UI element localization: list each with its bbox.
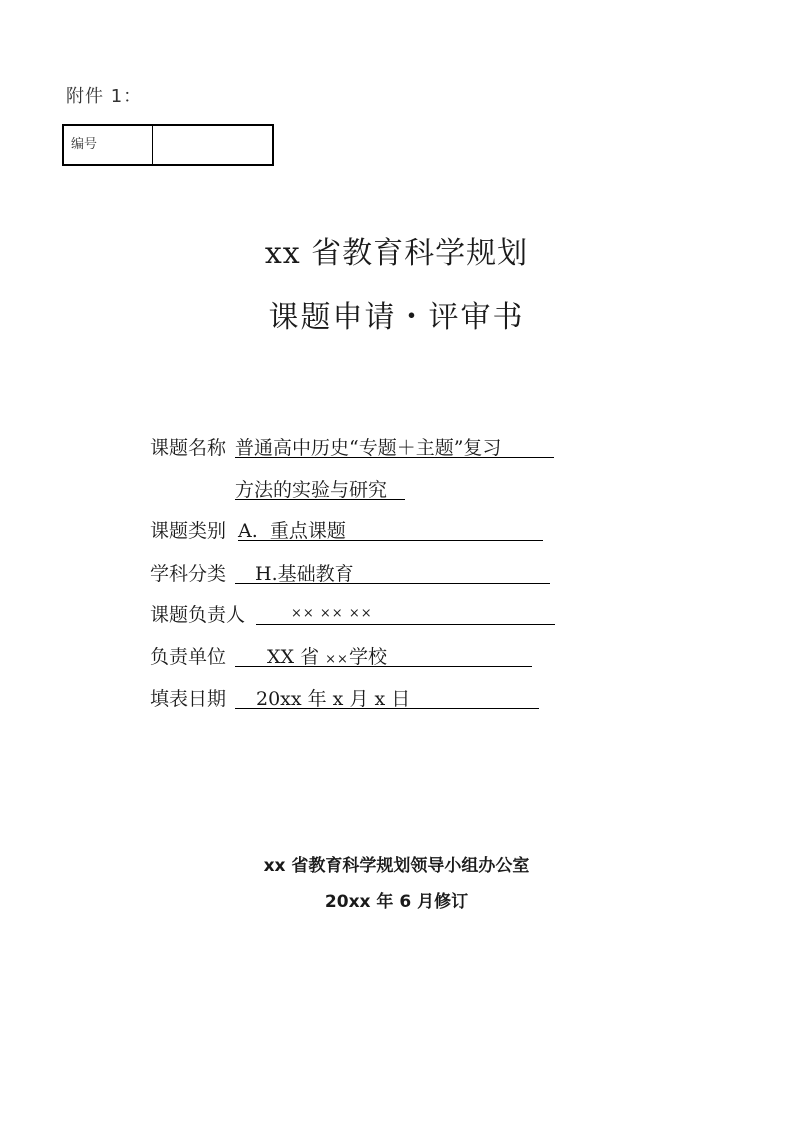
principal-label: 课题负责人 <box>150 600 245 627</box>
subject-class-label: 学科分类 <box>150 559 226 586</box>
topic-name-text-1: 普通高中历史“专题＋主题”复习 <box>235 433 501 460</box>
serial-number-field[interactable] <box>153 126 272 164</box>
unit-value[interactable]: XX 省 ××学校 <box>235 642 532 667</box>
unit-text-suffix: 学校 <box>349 642 387 669</box>
document-title: xx 省教育科学规划 <box>0 228 793 272</box>
topic-category-text: A. 重点课题 <box>238 516 346 543</box>
topic-category-value[interactable]: A. 重点课题 <box>238 516 543 541</box>
subject-class-value[interactable]: H.基础教育 <box>235 559 550 584</box>
topic-name-value-line2[interactable]: 方法的实验与研究 <box>235 475 405 500</box>
attachment-label: 附件 1： <box>66 82 142 108</box>
issuing-office: xx 省教育科学规划领导小组办公室 <box>0 851 793 876</box>
fill-date-text: 20xx 年 x 月 x 日 <box>256 684 410 711</box>
topic-name-label: 课题名称 <box>150 433 226 460</box>
document-subtitle: 课题申请・评审书 <box>0 292 793 336</box>
topic-name-text-2: 方法的实验与研究 <box>235 475 387 502</box>
topic-name-value-line1[interactable]: 普通高中历史“专题＋主题”复习 <box>235 433 554 458</box>
topic-category-label: 课题类别 <box>150 516 226 543</box>
field-topic-category: 课题类别 A. 重点课题 <box>150 516 570 546</box>
unit-text-mark: ×× <box>325 652 349 667</box>
field-topic-name: 课题名称 普通高中历史“专题＋主题”复习 <box>150 433 570 463</box>
field-unit: 负责单位 XX 省 ××学校 <box>150 642 570 672</box>
field-topic-name-cont: 方法的实验与研究 <box>150 475 570 505</box>
unit-label: 负责单位 <box>150 642 226 669</box>
field-principal: 课题负责人 ×× ×× ×× <box>150 600 570 630</box>
unit-text-prefix: XX 省 <box>267 642 319 669</box>
revision-date: 20xx 年 6 月修订 <box>0 887 793 912</box>
subject-class-text: H.基础教育 <box>255 559 354 586</box>
serial-number-box: 编号 <box>62 124 274 166</box>
principal-text: ×× ×× ×× <box>291 606 373 621</box>
fill-date-label: 填表日期 <box>150 684 226 711</box>
field-subject-class: 学科分类 H.基础教育 <box>150 559 570 589</box>
field-fill-date: 填表日期 20xx 年 x 月 x 日 <box>150 684 570 714</box>
fill-date-value[interactable]: 20xx 年 x 月 x 日 <box>235 684 539 709</box>
serial-number-label: 编号 <box>64 126 153 164</box>
principal-value[interactable]: ×× ×× ×× <box>256 600 555 625</box>
